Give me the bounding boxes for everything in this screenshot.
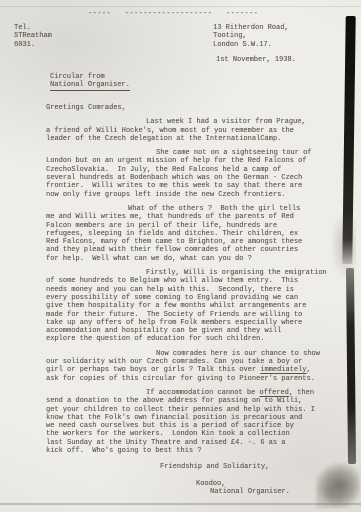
letter-body: Greetings Comrades, Last week I had a vi… [46,104,342,496]
telephone-block: Tel. STReatham 6031. [14,24,52,49]
paragraph-6-underlined-word: offered [259,389,288,397]
paragraph-4: Firstly, Willi is organising the emigrat… [46,269,342,344]
paragraph-6-text: If accommodation cannot be [146,389,259,397]
paper-bottom-edge [0,503,361,505]
paper-top-edge [0,6,361,7]
paragraph-2: She came not on a sightseeing tour of Lo… [46,149,342,199]
scanned-letter-page: ----- ------------------- ------- Tel. S… [0,0,361,512]
scan-artifact-dark-strip-lower [346,268,356,464]
paragraph-5-underlined-word: immediately [260,366,306,374]
subject-heading: Circular from National Organiser. [50,73,130,91]
paragraph-6-text-end: , then send a donation to the above addr… [46,389,315,455]
scan-artifact-smudge [330,210,356,280]
paragraph-6: If accommodation cannot be offered, then… [46,389,342,455]
subject-line2-underlined: National Organiser. [50,81,130,91]
paragraph-3: What of the others ? Both the girl tells… [46,205,342,263]
subject-line1: Circular from [50,73,105,81]
header-dashed-rule: ----- ------------------- ------- [88,10,258,18]
paragraph-5: Now comrades here is our chance to show … [46,350,342,383]
paragraph-1: Last week I had a visitor from Prague, a… [46,118,342,143]
scan-artifact-ink-blotch [316,462,360,508]
salutation: Greetings Comrades, [46,104,342,112]
sender-address: 13 Ritherdon Road, Tooting, London S.W.1… [213,24,289,49]
valediction: Friendship and Solidarity, [160,463,342,471]
letter-date: 1st November, 1938. [216,56,296,64]
